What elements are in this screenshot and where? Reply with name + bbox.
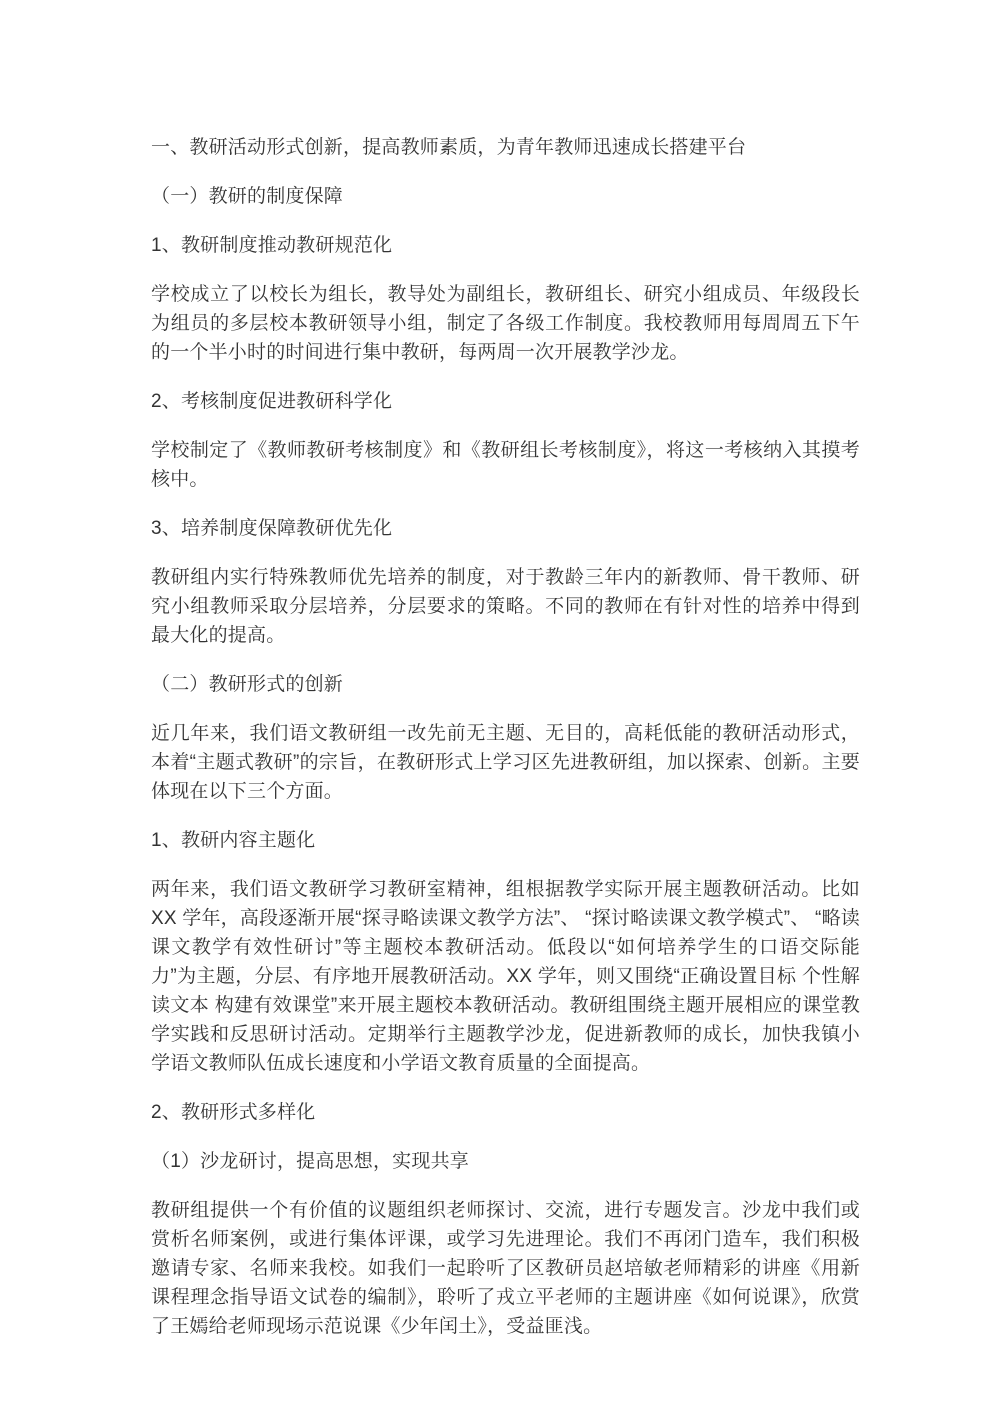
numbered-heading-1: 1、教研制度推动教研规范化 [151, 231, 860, 260]
sub-item-heading-1: （1）沙龙研讨，提高思想，实现共享 [151, 1147, 860, 1176]
sub-heading-1-1: （一）教研的制度保障 [151, 182, 860, 211]
sub-heading-1-2: （二）教研形式的创新 [151, 670, 860, 699]
document-page: 一、教研活动形式创新，提高教师素质，为青年教师迅速成长搭建平台 （一）教研的制度… [0, 0, 1000, 1415]
numbered-heading-4: 1、教研内容主题化 [151, 826, 860, 855]
paragraph-innovation: 近几年来，我们语文教研组一改先前无主题、无目的，高耗低能的教研活动形式，本着“主… [151, 719, 860, 806]
numbered-heading-5: 2、教研形式多样化 [151, 1098, 860, 1127]
paragraph-theme-activity: 两年来，我们语文教研学习教研室精神，组根据教学实际开展主题教研活动。比如 XX … [151, 875, 860, 1078]
numbered-heading-2: 2、考核制度促进教研科学化 [151, 387, 860, 416]
numbered-heading-3: 3、培养制度保障教研优先化 [151, 514, 860, 543]
paragraph-salon: 教研组提供一个有价值的议题组织老师探讨、交流，进行专题发言。沙龙中我们或赏析名师… [151, 1196, 860, 1341]
paragraph-institution: 学校成立了以校长为组长，教导处为副组长，教研组长、研究小组成员、年级段长为组员的… [151, 280, 860, 367]
paragraph-training: 教研组内实行特殊教师优先培养的制度，对于教龄三年内的新教师、骨干教师、研究小组教… [151, 563, 860, 650]
paragraph-assessment: 学校制定了《教师教研考核制度》和《教研组长考核制度》，将这一考核纳入其摸考核中。 [151, 436, 860, 494]
section-heading-1: 一、教研活动形式创新，提高教师素质，为青年教师迅速成长搭建平台 [151, 133, 860, 162]
